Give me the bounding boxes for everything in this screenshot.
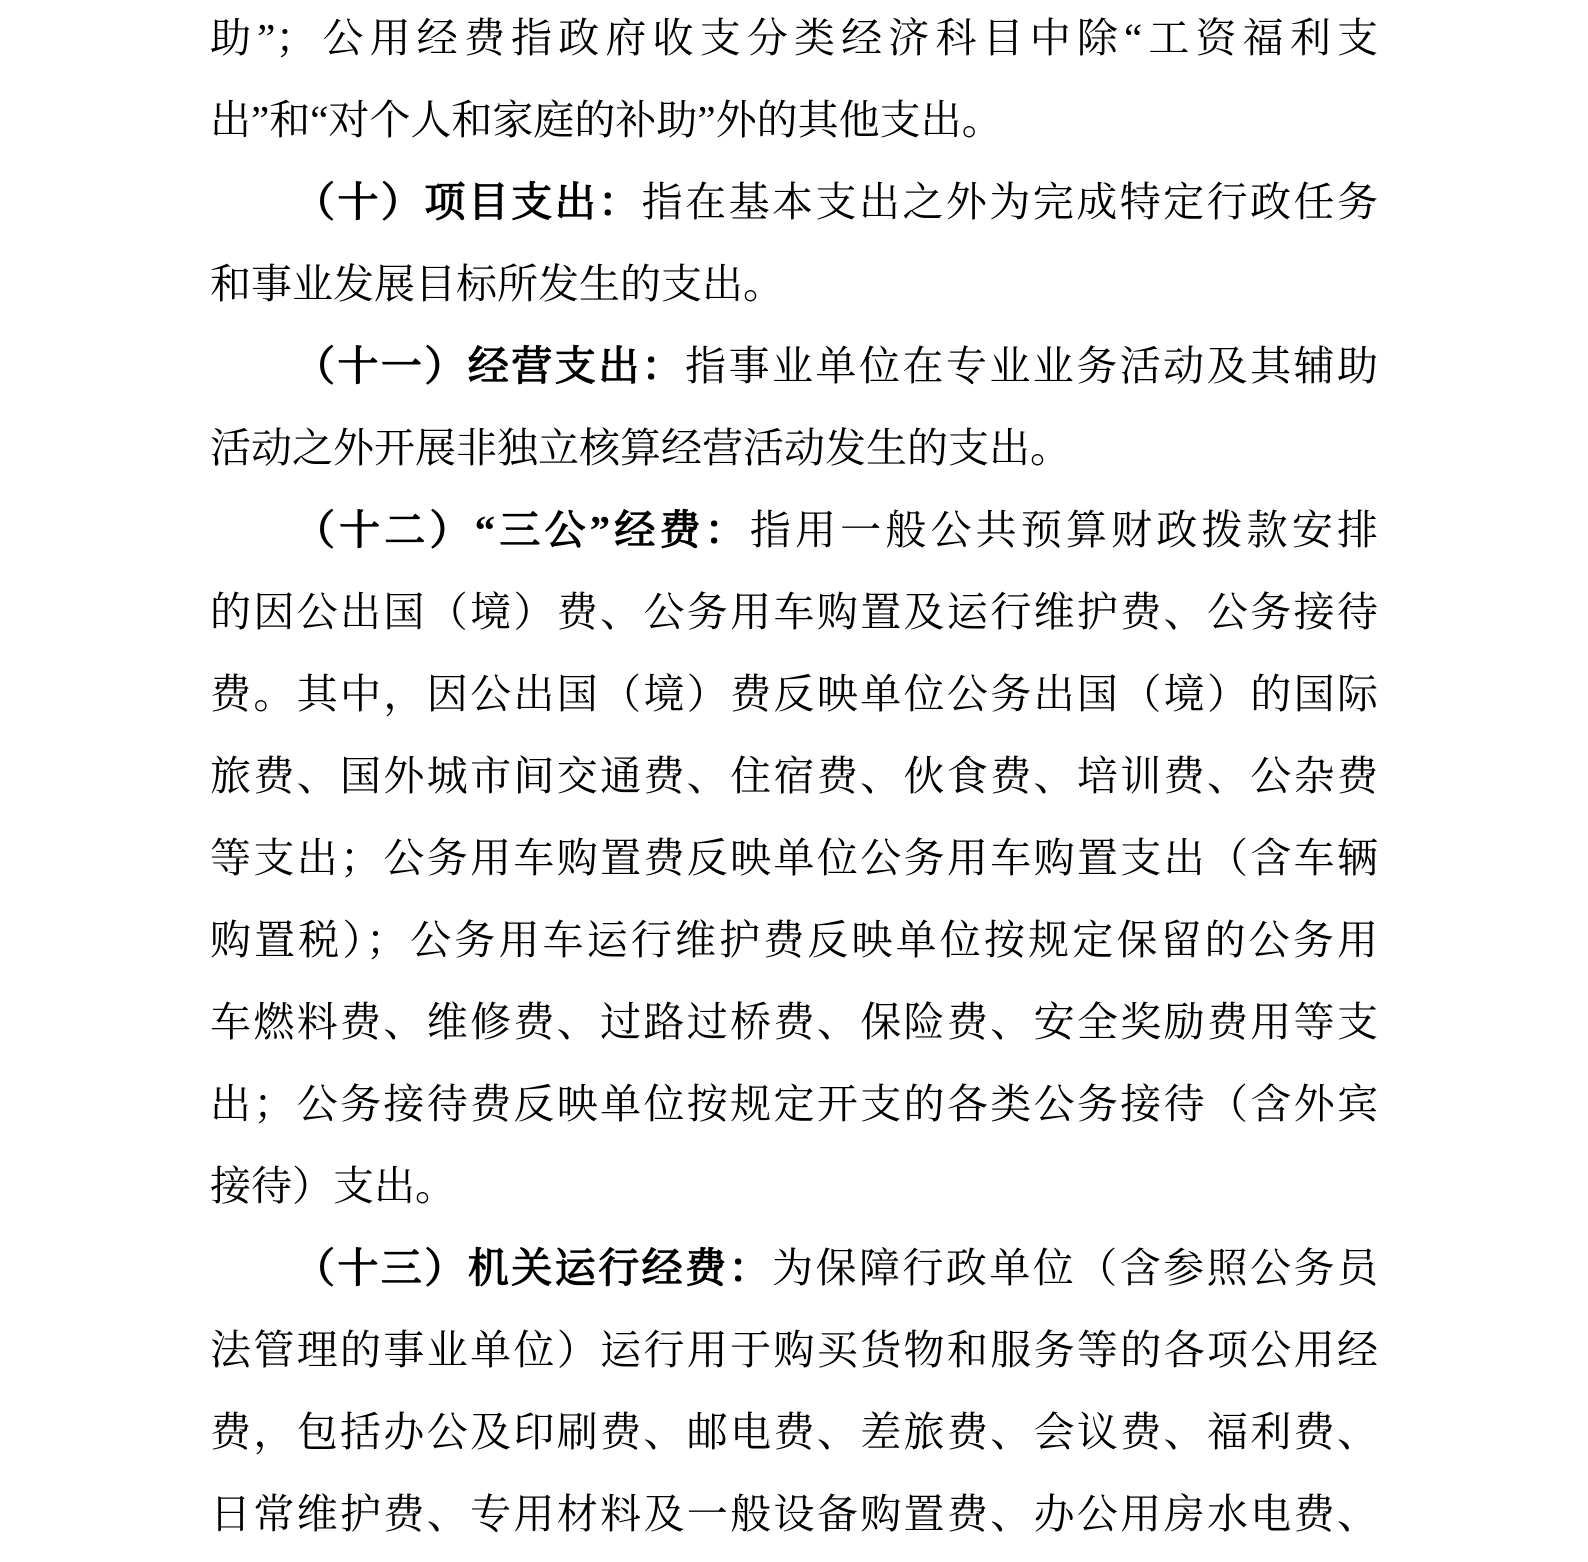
body-text: 活动之外开展非独立核算经营活动发生的支出。	[210, 425, 1071, 471]
body-text: 的因公出国（境）费、公务用车购置及运行维护费、公务接待	[210, 589, 1378, 635]
body-text: 旅费、国外城市间交通费、住宿费、伙食费、培训费、公杂费	[210, 753, 1378, 799]
text-line-13: 车燃料费、维修费、过路过桥费、保险费、安全奖励费用等支	[210, 981, 1378, 1063]
text-line-9: 费。其中，因公出国（境）费反映单位公务出国（境）的国际	[210, 653, 1378, 735]
text-line-4: 和事业发展目标所发生的支出。	[210, 243, 1378, 325]
text-line-18: 费，包括办公及印刷费、邮电费、差旅费、会议费、福利费、	[210, 1391, 1378, 1473]
body-text: 出；公务接待费反映单位按规定开支的各类公务接待（含外宾	[210, 1081, 1378, 1127]
text-line-19: 日常维护费、专用材料及一般设备购置费、办公用房水电费、	[210, 1473, 1378, 1555]
body-text: 购置税）；公务用车运行维护费反映单位按规定保留的公务用	[210, 917, 1378, 963]
body-text: 出”和“对个人和家庭的补助”外的其他支出。	[210, 97, 1003, 143]
text-line-17: 法管理的事业单位）运行用于购买货物和服务等的各项公用经	[210, 1309, 1378, 1391]
text-line-2: 出”和“对个人和家庭的补助”外的其他支出。	[210, 79, 1378, 161]
term-heading: （十二）“三公”经费：	[294, 507, 750, 553]
document-body-text: 助”；公用经费指政府收支分类经济科目中除“工资福利支出”和“对个人和家庭的补助”…	[210, 0, 1378, 1555]
term-heading: （十一）经营支出：	[294, 343, 685, 389]
text-line-3: （十）项目支出：指在基本支出之外为完成特定行政任务	[210, 161, 1378, 243]
body-text: 接待）支出。	[210, 1163, 456, 1209]
term-heading: （十）项目支出：	[294, 179, 642, 225]
text-line-11: 等支出；公务用车购置费反映单位公务用车购置支出（含车辆	[210, 817, 1378, 899]
body-text: 法管理的事业单位）运行用于购买货物和服务等的各项公用经	[210, 1327, 1378, 1373]
term-heading: （十三）机关运行经费：	[294, 1245, 772, 1291]
body-text: 等支出；公务用车购置费反映单位公务用车购置支出（含车辆	[210, 835, 1378, 881]
body-text: 助”；公用经费指政府收支分类经济科目中除“工资福利支	[210, 15, 1378, 61]
body-text: 费。其中，因公出国（境）费反映单位公务出国（境）的国际	[210, 671, 1378, 717]
text-line-5: （十一）经营支出：指事业单位在专业业务活动及其辅助	[210, 325, 1378, 407]
text-line-14: 出；公务接待费反映单位按规定开支的各类公务接待（含外宾	[210, 1063, 1378, 1145]
body-text: 费，包括办公及印刷费、邮电费、差旅费、会议费、福利费、	[210, 1409, 1378, 1455]
text-line-12: 购置税）；公务用车运行维护费反映单位按规定保留的公务用	[210, 899, 1378, 981]
body-text: 为保障行政单位（含参照公务员	[772, 1245, 1378, 1291]
document-page: 助”；公用经费指政府收支分类经济科目中除“工资福利支出”和“对个人和家庭的补助”…	[0, 0, 1588, 1562]
body-text: 和事业发展目标所发生的支出。	[210, 261, 784, 307]
text-line-7: （十二）“三公”经费：指用一般公共预算财政拨款安排	[210, 489, 1378, 571]
text-line-15: 接待）支出。	[210, 1145, 1378, 1227]
body-text: 指在基本支出之外为完成特定行政任务	[642, 179, 1378, 225]
body-text: 指用一般公共预算财政拨款安排	[750, 507, 1378, 553]
text-line-8: 的因公出国（境）费、公务用车购置及运行维护费、公务接待	[210, 571, 1378, 653]
body-text: 车燃料费、维修费、过路过桥费、保险费、安全奖励费用等支	[210, 999, 1378, 1045]
body-text: 指事业单位在专业业务活动及其辅助	[685, 343, 1378, 389]
text-line-1: 助”；公用经费指政府收支分类经济科目中除“工资福利支	[210, 0, 1378, 79]
text-line-10: 旅费、国外城市间交通费、住宿费、伙食费、培训费、公杂费	[210, 735, 1378, 817]
text-line-16: （十三）机关运行经费：为保障行政单位（含参照公务员	[210, 1227, 1378, 1309]
body-text: 日常维护费、专用材料及一般设备购置费、办公用房水电费、	[210, 1491, 1378, 1537]
text-line-6: 活动之外开展非独立核算经营活动发生的支出。	[210, 407, 1378, 489]
